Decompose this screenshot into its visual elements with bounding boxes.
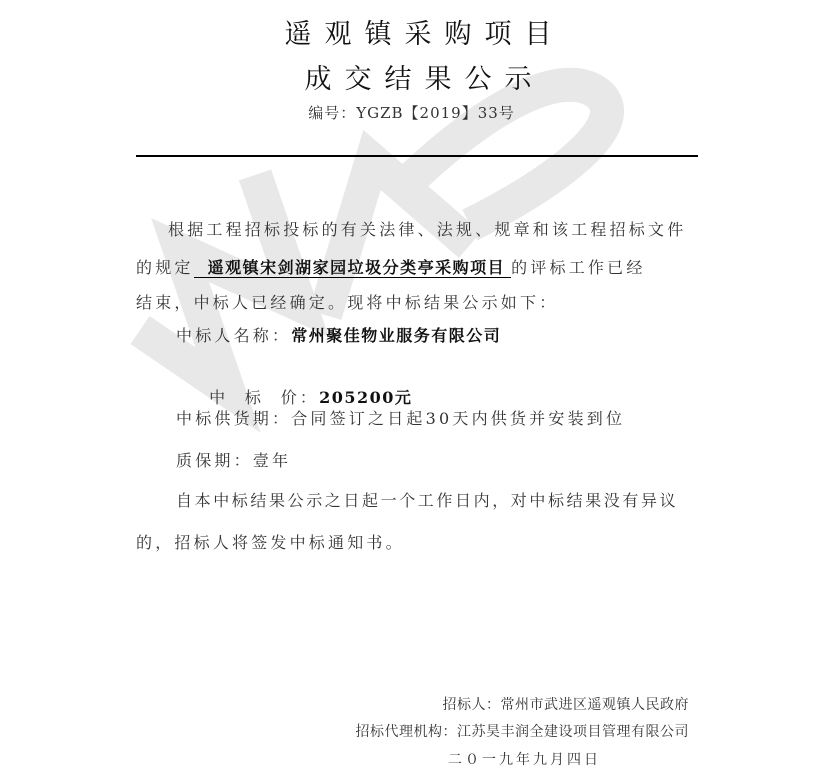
delivery-row: 中标供货期：合同签订之日起30天内供货并安装到位	[136, 409, 736, 429]
warranty-row: 质保期：壹年	[136, 451, 736, 471]
intro-line-2-prefix: 的规定	[136, 258, 194, 277]
winner-label: 中标人名称：	[176, 326, 291, 345]
winner-value: 常州聚佳物业服务有限公司	[291, 326, 501, 345]
intro-line-3: 结束，中标人已经确定。现将中标结果公示如下：	[136, 293, 696, 313]
intro-line-2: 的规定遥观镇宋剑湖家园垃圾分类亭采购项目的评标工作已经	[136, 258, 696, 278]
agency-line: 招标代理机构：江苏昊丰润全建设项目管理有限公司	[356, 721, 690, 741]
warranty-label: 质保期：	[176, 451, 253, 470]
document-title-line1: 遥观镇采购项目	[0, 12, 823, 51]
notice-date: 二０一九年九月四日	[448, 749, 601, 769]
notice-line-2: 的，招标人将签发中标通知书。	[136, 533, 696, 553]
document-number: 编号：YGZB【2019】33号	[0, 102, 823, 123]
header-divider	[136, 155, 698, 157]
intro-line-2-suffix: 的评标工作已经	[511, 258, 645, 277]
notice-line-1: 自本中标结果公示之日起一个工作日内，对中标结果没有异议	[136, 491, 736, 511]
tenderer-line: 招标人：常州市武进区遥观镇人民政府	[443, 694, 690, 714]
delivery-label: 中标供货期：	[176, 409, 291, 428]
intro-line-1: 根据工程招标投标的有关法律、法规、规章和该工程招标文件	[136, 220, 728, 240]
project-name: 遥观镇宋剑湖家园垃圾分类亭采购项目	[194, 259, 512, 278]
warranty-value: 壹年	[253, 451, 291, 470]
price-label: 中 标 价：	[209, 388, 319, 407]
document-page: 遥观镇采购项目 成交结果公示 编号：YGZB【2019】33号 根据工程招标投标…	[0, 0, 823, 780]
delivery-value: 合同签订之日起30天内供货并安装到位	[291, 409, 625, 428]
document-title-line2: 成交结果公示	[0, 57, 823, 96]
price-value: 205200元	[319, 388, 412, 407]
winner-row: 中标人名称：常州聚佳物业服务有限公司	[136, 326, 736, 346]
